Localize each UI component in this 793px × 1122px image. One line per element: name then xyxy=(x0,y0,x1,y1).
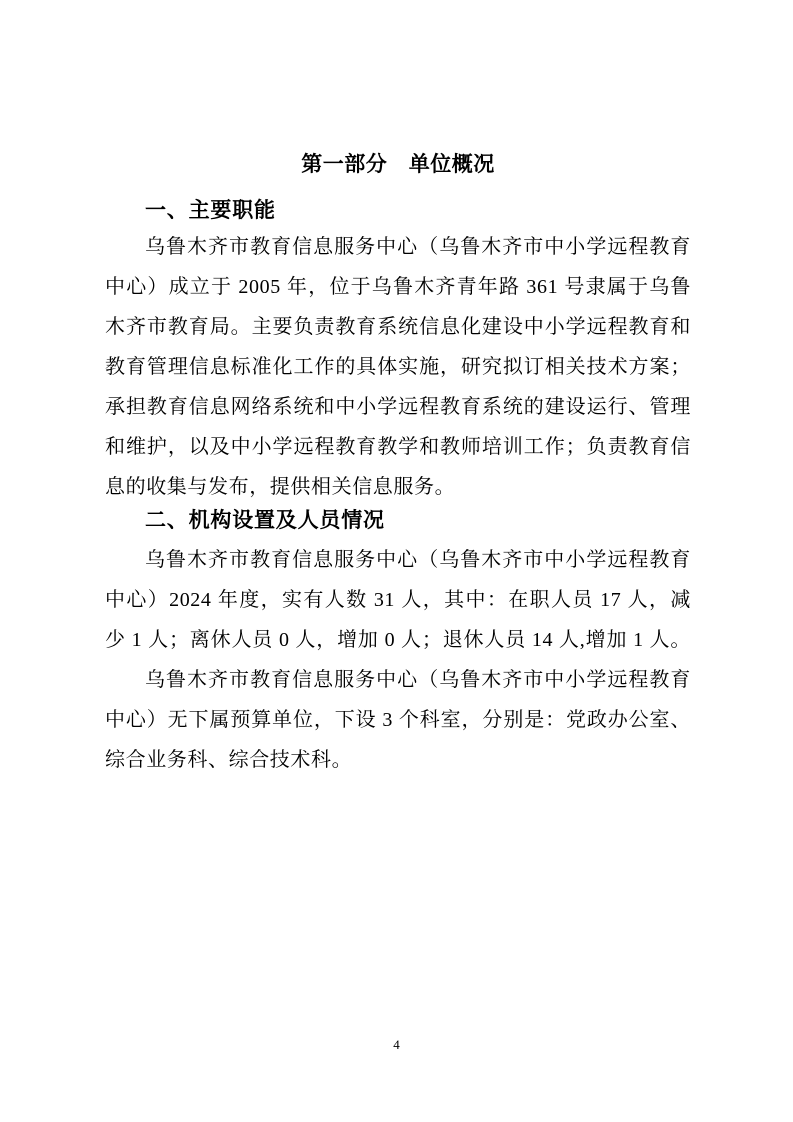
paragraph-line: 和维护，以及中小学远程教育教学和教师培训工作；负责教育信 xyxy=(105,427,691,467)
paragraph-line: 教育管理信息标准化工作的具体实施，研究拟订相关技术方案； xyxy=(105,347,691,387)
paragraph-line: 少 1 人；离休人员 0 人，增加 0 人；退休人员 14 人,增加 1 人。 xyxy=(105,620,691,660)
paragraph-line: 中心）成立于 2005 年，位于乌鲁木齐青年路 361 号隶属于乌鲁 xyxy=(105,267,691,307)
paragraph-line: 承担教育信息网络系统和中小学远程教育系统的建设运行、管理 xyxy=(105,387,691,427)
paragraph-line: 中心）2024 年度，实有人数 31 人，其中：在职人员 17 人，减 xyxy=(105,580,691,620)
paragraph-line: 综合业务科、综合技术科。 xyxy=(105,740,691,780)
paragraph-line: 乌鲁木齐市教育信息服务中心（乌鲁木齐市中小学远程教育 xyxy=(105,227,691,267)
paragraph-line: 中心）无下属预算单位，下设 3 个科室，分别是：党政办公室、 xyxy=(105,700,691,740)
paragraph-functions: 乌鲁木齐市教育信息服务中心（乌鲁木齐市中小学远程教育 中心）成立于 2005 年… xyxy=(105,227,691,507)
paragraph-departments: 乌鲁木齐市教育信息服务中心（乌鲁木齐市中小学远程教育 中心）无下属预算单位，下设… xyxy=(105,660,691,780)
document-page: 第一部分 单位概况 一、主要职能 乌鲁木齐市教育信息服务中心（乌鲁木齐市中小学远… xyxy=(0,0,793,1122)
paragraph-line: 木齐市教育局。主要负责教育系统信息化建设中小学远程教育和 xyxy=(105,307,691,347)
paragraph-line: 乌鲁木齐市教育信息服务中心（乌鲁木齐市中小学远程教育 xyxy=(105,660,691,700)
paragraph-personnel: 乌鲁木齐市教育信息服务中心（乌鲁木齐市中小学远程教育 中心）2024 年度，实有… xyxy=(105,540,691,660)
page-title: 第一部分 单位概况 xyxy=(105,150,691,180)
section-heading-organization-personnel: 二、机构设置及人员情况 xyxy=(105,507,691,535)
paragraph-line: 乌鲁木齐市教育信息服务中心（乌鲁木齐市中小学远程教育 xyxy=(105,540,691,580)
document-body: 第一部分 单位概况 一、主要职能 乌鲁木齐市教育信息服务中心（乌鲁木齐市中小学远… xyxy=(105,150,691,780)
page-number: 4 xyxy=(0,1036,793,1054)
paragraph-line: 息的收集与发布，提供相关信息服务。 xyxy=(105,467,691,507)
section-heading-main-functions: 一、主要职能 xyxy=(105,197,691,225)
